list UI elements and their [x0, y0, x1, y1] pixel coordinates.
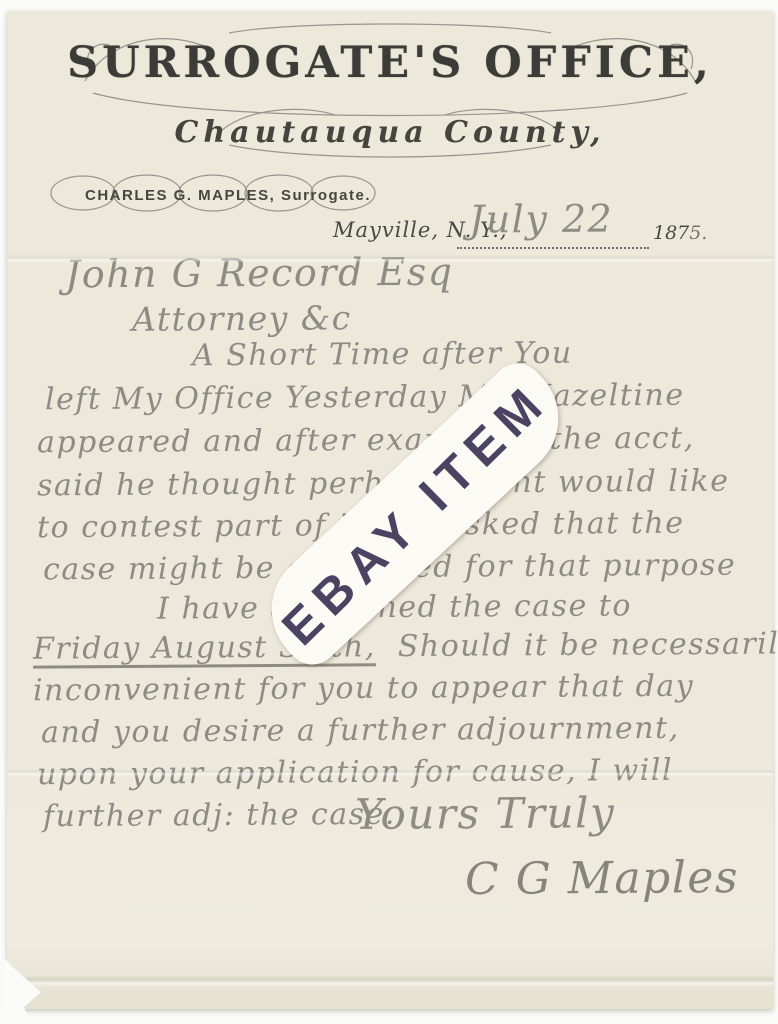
fold-crease — [7, 975, 773, 987]
letter-line: further adj: the case. — [43, 797, 396, 834]
scanned-letter-document: SURROGATE'S OFFICE, Chautauqua County, C… — [0, 0, 778, 1024]
letter-line: inconvenient for you to appear that day — [33, 669, 694, 709]
valediction: Yours Truly — [355, 788, 616, 839]
handwritten-date: July 22 — [469, 196, 614, 241]
signature: C G Maples — [465, 852, 739, 905]
letter-line: and you desire a further adjournment, — [41, 711, 680, 750]
letter-paper: SURROGATE'S OFFICE, Chautauqua County, C… — [7, 11, 773, 1009]
letter-line-underlined: Friday August Sixth,Should it be necessa… — [33, 626, 778, 666]
letterhead-official-line: CHARLES G. MAPLES, Surrogate. — [85, 187, 371, 204]
letterhead-year: 1875. — [653, 222, 707, 244]
recipient-line-2: Attorney &c — [132, 298, 352, 339]
torn-edge — [3, 957, 41, 1021]
fold-crease — [7, 255, 773, 263]
letter-line: left My Office Yesterday Mr. Hazeltine — [45, 378, 685, 417]
dotted-date-line — [457, 245, 649, 249]
letter-line: appeared and after examining the acct, — [37, 421, 695, 461]
letter-line-continuation: Should it be necessarily — [398, 626, 778, 664]
fold-crease — [7, 769, 773, 777]
letterhead-title: SURROGATE'S OFFICE, — [7, 38, 773, 88]
year-handwritten: 5. — [689, 222, 707, 244]
year-printed: 187 — [653, 222, 689, 244]
letterhead-subtitle: Chautauqua County, — [7, 115, 773, 150]
